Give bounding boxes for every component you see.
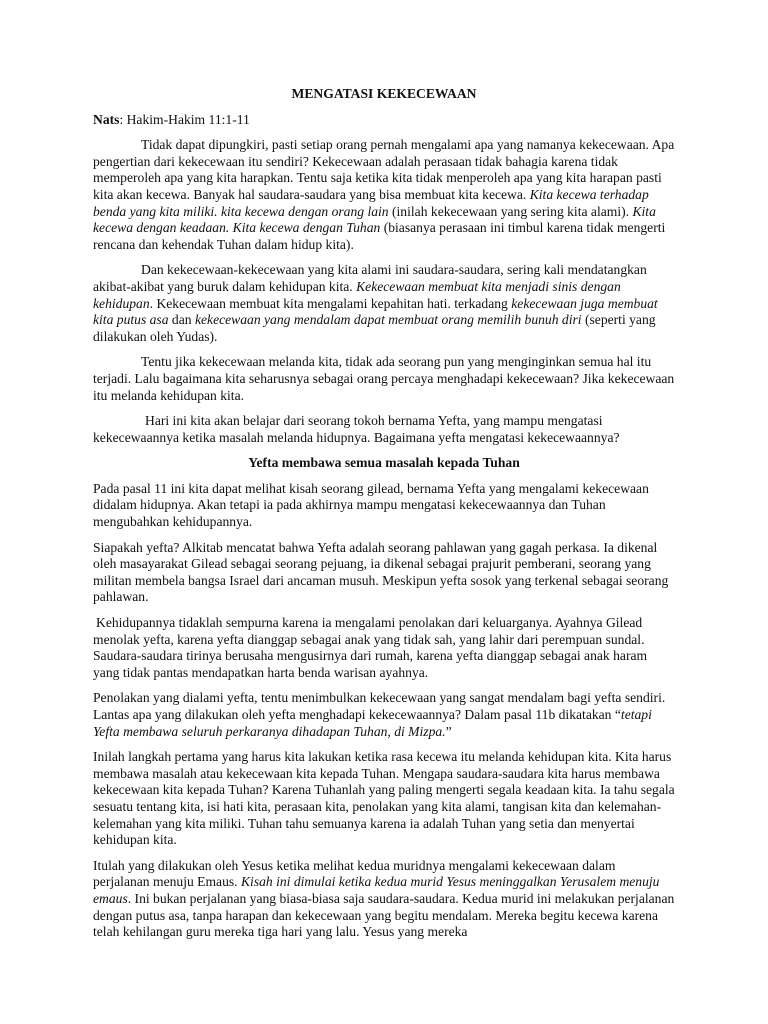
text-segment: dan xyxy=(169,312,195,327)
document-title: MENGATASI KEKECEWAAN xyxy=(93,86,675,103)
text-segment: Siapakah yefta? Alkitab mencatat bahwa Y… xyxy=(93,540,668,605)
text-segment: Pada pasal 11 ini kita dapat melihat kis… xyxy=(93,481,649,529)
paragraph-intro: Tidak dapat dipungkiri, pasti setiap ora… xyxy=(93,137,675,253)
text-segment: . Ini bukan perjalanan yang biasa-biasa … xyxy=(93,891,674,939)
nats-reference: : Hakim-Hakim 11:1-11 xyxy=(119,112,249,127)
paragraph-yefta-intro: Hari ini kita akan belajar dari seorang … xyxy=(93,413,675,446)
paragraph-rejection: Kehidupannya tidaklah sempurna karena ia… xyxy=(93,615,675,681)
text-segment: Hari ini kita akan belajar dari seorang … xyxy=(93,413,620,445)
nats-label: Nats xyxy=(93,112,119,127)
paragraph-mizpa: Penolakan yang dialami yefta, tentu meni… xyxy=(93,690,675,740)
document-page: MENGATASI KEKECEWAAN Nats: Hakim-Hakim 1… xyxy=(93,86,675,950)
section-heading: Yefta membawa semua masalah kepada Tuhan xyxy=(93,455,675,472)
text-segment: Tentu jika kekecewaan melanda kita, tida… xyxy=(93,354,674,402)
paragraph-siapakah-yefta: Siapakah yefta? Alkitab mencatat bahwa Y… xyxy=(93,540,675,606)
paragraph-consequences: Dan kekecewaan-kekecewaan yang kita alam… xyxy=(93,262,675,345)
scripture-reference: Nats: Hakim-Hakim 11:1-11 xyxy=(93,112,675,129)
paragraph-question: Tentu jika kekecewaan melanda kita, tida… xyxy=(93,354,675,404)
text-segment: Kehidupannya tidaklah sempurna karena ia… xyxy=(93,615,647,680)
text-segment: Penolakan yang dialami yefta, tentu meni… xyxy=(93,690,665,722)
paragraph-emaus: Itulah yang dilakukan oleh Yesus ketika … xyxy=(93,858,675,941)
text-segment: Inilah langkah pertama yang harus kita l… xyxy=(93,749,675,847)
text-segment: . Kekecewaan membuat kita mengalami kepa… xyxy=(150,296,512,311)
italic-segment: kekecewaan yang mendalam dapat membuat o… xyxy=(195,312,582,327)
text-segment: ” xyxy=(446,724,452,739)
paragraph-first-step: Inilah langkah pertama yang harus kita l… xyxy=(93,749,675,849)
paragraph-pasal-11: Pada pasal 11 ini kita dapat melihat kis… xyxy=(93,481,675,531)
text-segment: (inilah kekecewaan yang sering kita alam… xyxy=(389,204,633,219)
